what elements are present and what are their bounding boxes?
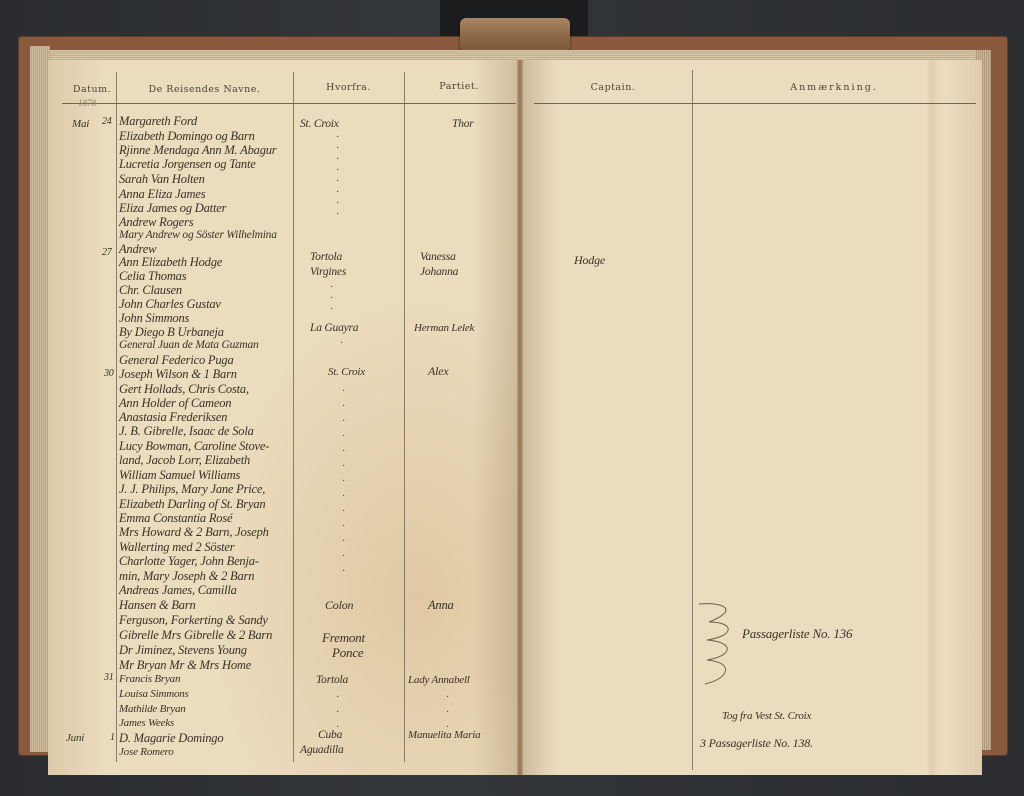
passenger-name: Lucy Bowman, Caroline Stove-	[119, 439, 269, 454]
origin-entry: Ponce	[332, 645, 363, 661]
passenger-name: Chr. Clausen	[119, 283, 182, 298]
date-month: Mai	[72, 118, 89, 130]
date-day: 27	[102, 247, 112, 258]
passenger-name: Mr Bryan Mr & Mrs Home	[119, 658, 251, 673]
passenger-name: Gibrelle Mrs Gibrelle & 2 Barn	[119, 628, 272, 643]
passenger-name: Francis Bryan	[119, 673, 180, 685]
origin-entry: Colon	[325, 598, 353, 613]
origin-entry: St. Croix	[328, 366, 365, 378]
ditto-mark: ·	[340, 338, 343, 349]
column-rule	[293, 72, 294, 762]
passenger-name: Mary Andrew og Söster Wilhelmina	[119, 229, 277, 241]
vessel-entry: Manuelita Maria	[408, 729, 480, 741]
origin-entry: Virgines	[310, 266, 346, 278]
header-anmaerkning: Anmærkning.	[692, 82, 976, 93]
passenger-name: Ferguson, Forkerting & Sandy	[119, 613, 268, 628]
passenger-name: General Juan de Mata Guzman	[119, 339, 259, 351]
passenger-name: Jose Romero	[119, 746, 174, 758]
header-hvorfra: Hvorfra.	[293, 82, 404, 93]
passenger-name: Lucretia Jorgensen og Tante	[119, 157, 256, 172]
passenger-name: Hansen & Barn	[119, 598, 196, 613]
passenger-name: Anna Eliza James	[119, 187, 205, 202]
origin-entry: Tortola	[310, 251, 342, 263]
vessel-entry: Anna	[428, 598, 454, 613]
ditto-mark: ·············	[342, 384, 345, 579]
remark-entry: Tog fra Vest St. Croix	[722, 710, 811, 722]
column-rule	[116, 72, 117, 762]
header-captain: Captain.	[534, 82, 692, 93]
remark-entry: 3 Passagerliste No. 138.	[700, 736, 813, 751]
passenger-name: John Charles Gustav	[119, 297, 221, 312]
passenger-name: Sarah Van Holten	[119, 172, 205, 187]
origin-entry: La Guayra	[310, 322, 358, 334]
passenger-name: Andrew Rogers	[119, 215, 193, 230]
vessel-entry: Herman Lelek	[414, 322, 474, 334]
passenger-name: Eliza James og Datter	[119, 201, 226, 216]
vessel-entry: Thor	[452, 118, 474, 130]
passenger-name: Mrs Howard & 2 Barn, Joseph	[119, 525, 269, 540]
passenger-name: Elizabeth Domingo og Barn	[119, 129, 255, 144]
passenger-name: General Federico Puga	[119, 353, 234, 368]
passenger-name: Charlotte Yager, John Benja-	[119, 554, 259, 569]
header-names: De Reisendes Navne.	[116, 84, 293, 95]
header-year: 1878	[78, 98, 96, 108]
spine-tab	[460, 18, 570, 52]
passenger-name: Gert Hollads, Chris Costa,	[119, 382, 249, 397]
passenger-name: Mathilde Bryan	[119, 703, 186, 715]
passenger-name: By Diego B Urbaneja	[119, 325, 224, 340]
vessel-entry: Vanessa	[420, 251, 456, 263]
passenger-name: Dr Jiminez, Stevens Young	[119, 643, 247, 658]
origin-entry: Tortola	[316, 674, 348, 686]
passenger-name: Celia Thomas	[119, 269, 186, 284]
passenger-name: Margareth Ford	[119, 114, 197, 129]
origin-entry: Aguadilla	[300, 744, 344, 756]
passenger-name: Rjinne Mendaga Ann M. Abagur	[119, 143, 276, 158]
passenger-name: Ann Holder of Cameon	[119, 396, 231, 411]
passenger-name: James Weeks	[119, 717, 174, 729]
passenger-name: William Samuel Williams	[119, 468, 240, 483]
passenger-name: J. B. Gibrelle, Isaac de Sola	[119, 424, 254, 439]
origin-entry: Fremont	[322, 630, 365, 646]
header-datum: Datum.	[68, 84, 116, 95]
passenger-name: min, Mary Joseph & 2 Barn	[119, 569, 254, 584]
ditto-mark: ···	[330, 282, 333, 315]
remark-entry: Passagerliste No. 136	[742, 626, 852, 642]
passenger-name: Elizabeth Darling of St. Bryan	[119, 497, 265, 512]
passenger-name: Ann Elizabeth Hodge	[119, 255, 222, 270]
captain-entry: Hodge	[574, 253, 605, 268]
header-rule-right	[534, 103, 976, 104]
header-rule-left	[62, 103, 516, 104]
vessel-entry: Alex	[428, 364, 449, 379]
date-day: 31	[104, 672, 114, 683]
vessel-entry: Lady Annabell	[408, 674, 470, 686]
passenger-name: Emma Constantia Rosé	[119, 511, 232, 526]
passenger-name: land, Jacob Lorr, Elizabeth	[119, 453, 250, 468]
passenger-name: J. J. Philips, Mary Jane Price,	[119, 482, 265, 497]
header-partiet: Partiet.	[404, 81, 514, 92]
ditto-mark: ········	[336, 132, 339, 220]
passenger-name: Joseph Wilson & 1 Barn	[119, 367, 237, 382]
column-rule	[692, 70, 693, 770]
right-page	[520, 60, 982, 775]
passenger-name: John Simmons	[119, 311, 189, 326]
passenger-name: Wallerting med 2 Söster	[119, 540, 234, 555]
origin-entry: Cuba	[318, 729, 342, 741]
date-month: Juni	[66, 732, 84, 744]
bracket-flourish	[695, 600, 745, 692]
vessel-entry: Johanna	[420, 266, 458, 278]
page-edges-left	[30, 46, 50, 752]
date-day: 30	[104, 368, 114, 379]
passenger-name: Anastasia Frederiksen	[119, 410, 227, 425]
origin-entry: St. Croix	[300, 118, 339, 130]
passenger-name: D. Magarie Domingo	[119, 731, 223, 746]
book-gutter	[517, 60, 523, 775]
passenger-name: Louisa Simmons	[119, 688, 189, 700]
passenger-name: Andreas James, Camilla	[119, 583, 237, 598]
column-rule	[404, 72, 405, 762]
date-day: 24	[102, 116, 112, 127]
date-day: 1	[110, 732, 115, 743]
